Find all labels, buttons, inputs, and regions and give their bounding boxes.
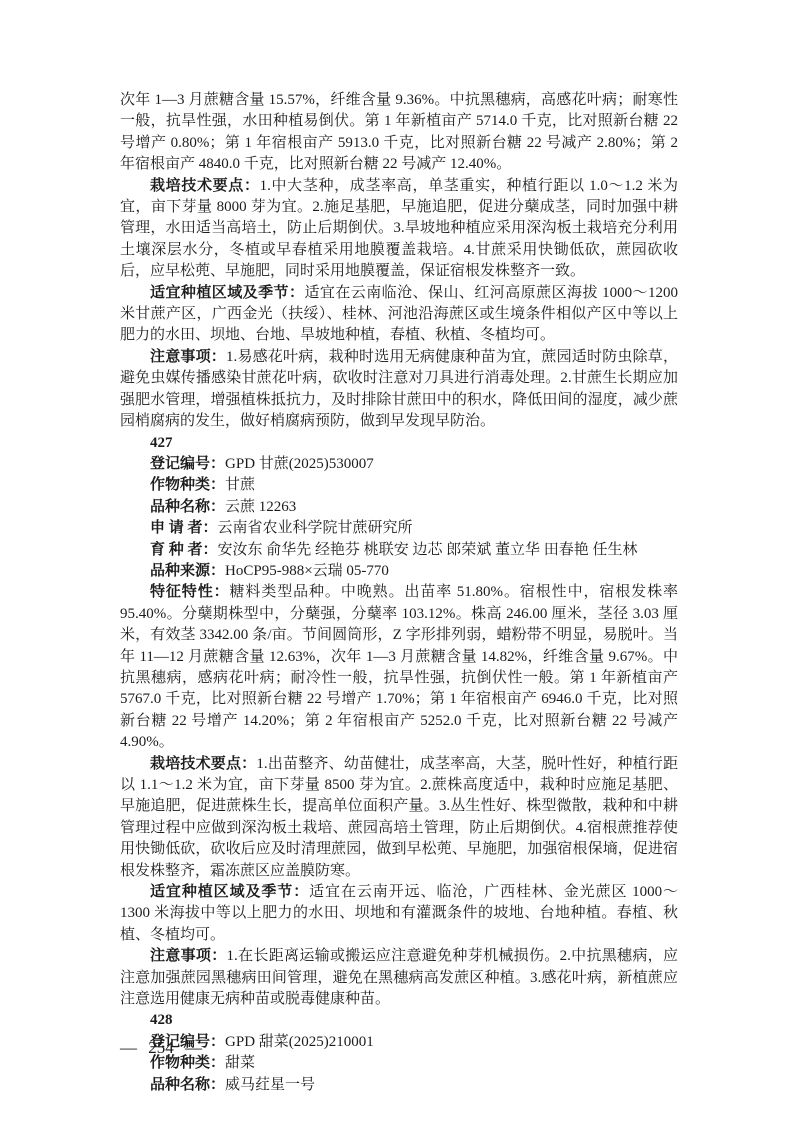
field-label: 品种来源： [150, 563, 225, 579]
entry-number-427: 427 [120, 433, 678, 454]
continuation-text: 次年 1—3 月蔗糖含量 15.57%，纤维含量 9.36%。中抗黑穗病，高感花… [120, 92, 678, 172]
field-label: 育 种 者： [150, 542, 218, 558]
field-row-crop-type-428: 作物种类：甜菜 [120, 1053, 678, 1074]
field-row-registration-number-428: 登记编号：GPD 甜菜(2025)210001 [120, 1032, 678, 1053]
field-value: 云蔗 12263 [225, 499, 296, 515]
field-label: 作物种类： [150, 477, 225, 493]
field-value: GPD 甜菜(2025)210001 [225, 1034, 374, 1050]
page-number: — 254 — [120, 1038, 202, 1058]
paragraph-label: 适宜种植区域及季节： [150, 884, 309, 900]
paragraph-suitable-region-427: 适宜种植区域及季节：适宜在云南开远、临沧，广西桂林、金光蔗区 1000～1300… [120, 882, 678, 946]
field-value: 甘蔗 [225, 477, 255, 493]
paragraph-characteristics-427: 特征特性：糖料类型品种。中晚熟。出苗率 51.80%。宿根性中，宿根发株率 95… [120, 582, 678, 753]
field-value: 甜菜 [225, 1055, 255, 1071]
field-label: 申 请 者： [150, 520, 218, 536]
field-label: 品种名称： [150, 1077, 225, 1093]
paragraph-cultivation-points-prev: 栽培技术要点：1.中大茎种，成茎率高，单茎重实，种植行距以 1.0～1.2 米为… [120, 176, 678, 283]
paragraph-cultivation-points-427: 栽培技术要点：1.出苗整齐、幼苗健壮，成茎率高，大茎，脱叶性好，种植行距以 1.… [120, 754, 678, 882]
field-row-crop-type-427: 作物种类：甘蔗 [120, 475, 678, 496]
field-row-breeders-427: 育 种 者：安汝东 俞华先 经艳芬 桃联安 边芯 郎荣斌 董立华 田春艳 任生林 [120, 540, 678, 561]
field-row-variety-name-427: 品种名称：云蔗 12263 [120, 497, 678, 518]
paragraph-label: 适宜种植区域及季节： [150, 285, 304, 301]
field-row-variety-source-427: 品种来源：HoCP95-988×云瑞 05-770 [120, 561, 678, 582]
entry-number-428: 428 [120, 1010, 678, 1031]
paragraph-label: 栽培技术要点： [150, 756, 256, 772]
paragraph-label: 栽培技术要点： [150, 178, 260, 194]
field-value: HoCP95-988×云瑞 05-770 [225, 563, 389, 579]
field-label: 登记编号： [150, 456, 225, 472]
field-value: 安汝东 俞华先 经艳芬 桃联安 边芯 郎荣斌 董立华 田春艳 任生林 [218, 542, 638, 558]
document-page: 次年 1—3 月蔗糖含量 15.57%，纤维含量 9.36%。中抗黑穗病，高感花… [0, 0, 794, 1123]
field-row-variety-name-428: 品种名称：威马荭星一号 [120, 1075, 678, 1096]
paragraph-precautions-427: 注意事项：1.在长距离运输或搬运应注意避免种芽机械损伤。2.中抗黑穗病，应注意加… [120, 946, 678, 1010]
paragraph-suitable-region-prev: 适宜种植区域及季节：适宜在云南临沧、保山、红河高原蔗区海拔 1000～1200 … [120, 283, 678, 347]
paragraph-text: 糖料类型品种。中晚熟。出苗率 51.80%。宿根性中，宿根发株率 95.40%。… [120, 584, 678, 750]
field-value: 云南省农业科学院甘蔗研究所 [218, 520, 413, 536]
continuation-paragraph: 次年 1—3 月蔗糖含量 15.57%，纤维含量 9.36%。中抗黑穗病，高感花… [120, 90, 678, 176]
field-label: 品种名称： [150, 499, 225, 515]
document-body: 次年 1—3 月蔗糖含量 15.57%，纤维含量 9.36%。中抗黑穗病，高感花… [120, 90, 678, 1096]
field-value: GPD 甘蔗(2025)530007 [225, 456, 374, 472]
field-row-applicant-427: 申 请 者：云南省农业科学院甘蔗研究所 [120, 518, 678, 539]
paragraph-text: 1.出苗整齐、幼苗健壮，成茎率高，大茎，脱叶性好，种植行距以 1.1～1.2 米… [120, 756, 678, 879]
paragraph-label: 注意事项： [150, 349, 226, 365]
field-value: 威马荭星一号 [225, 1077, 315, 1093]
paragraph-precautions-prev: 注意事项：1.易感花叶病，栽种时选用无病健康种苗为宜，蔗园适时防虫除草，避免虫媒… [120, 347, 678, 433]
paragraph-label: 特征特性： [150, 584, 230, 600]
field-row-registration-number-427: 登记编号：GPD 甘蔗(2025)530007 [120, 454, 678, 475]
paragraph-label: 注意事项： [150, 948, 227, 964]
